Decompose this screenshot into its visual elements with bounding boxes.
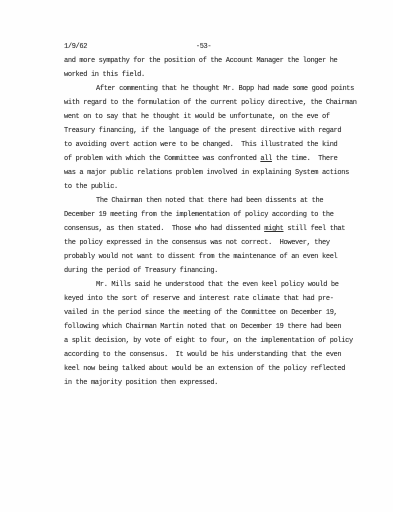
page-header: 1/9/62 -53- (64, 40, 357, 54)
text-line: Treasury financing, if the language of t… (64, 124, 363, 138)
document-body: and more sympathy for the position of th… (64, 54, 363, 390)
text-line: keyed into the sort of reserve and inter… (64, 292, 363, 306)
page-date: 1/9/62 (64, 40, 87, 54)
text-line: during the period of Treasury financing. (64, 264, 363, 278)
text-line: went on to say that he thought it would … (64, 110, 363, 124)
text-line: a split decision, by vote of eight to fo… (64, 334, 363, 348)
text-line: After commenting that he thought Mr. Bop… (64, 82, 363, 96)
text-line: to avoiding overt action were to be chan… (64, 138, 363, 152)
text-line: keel now being talked about would be an … (64, 362, 363, 376)
page-number: -53- (196, 40, 211, 54)
text-line: following which Chairman Martin noted th… (64, 320, 363, 334)
text-line: Mr. Mills said he understood that the ev… (64, 278, 363, 292)
document-page: 1/9/62 -53- and more sympathy for the po… (0, 0, 393, 512)
text-line: the policy expressed in the consensus wa… (64, 236, 363, 250)
underlined-word: all (260, 155, 272, 163)
text-line: with regard to the formulation of the cu… (64, 96, 363, 110)
text-line: December 19 meeting from the implementat… (64, 208, 363, 222)
text-line: The Chairman then noted that there had b… (64, 194, 363, 208)
underlined-word: might (264, 225, 283, 233)
paragraph: and more sympathy for the position of th… (64, 54, 363, 82)
text-line: to the public. (64, 180, 363, 194)
text-line: worked in this field. (64, 68, 363, 82)
paragraph: The Chairman then noted that there had b… (64, 194, 363, 278)
text-line: was a major public relations problem inv… (64, 166, 363, 180)
paragraph: Mr. Mills said he understood that the ev… (64, 278, 363, 390)
paragraph: After commenting that he thought Mr. Bop… (64, 82, 363, 194)
text-line: and more sympathy for the position of th… (64, 54, 363, 68)
text-line: according to the consensus. It would be … (64, 348, 363, 362)
text-line: probably would not want to dissent from … (64, 250, 363, 264)
text-line: in the majority position then expressed. (64, 376, 363, 390)
text-line: of problem with which the Committee was … (64, 152, 363, 166)
text-line: consensus, as then stated. Those who had… (64, 222, 363, 236)
text-line: vailed in the period since the meeting o… (64, 306, 363, 320)
